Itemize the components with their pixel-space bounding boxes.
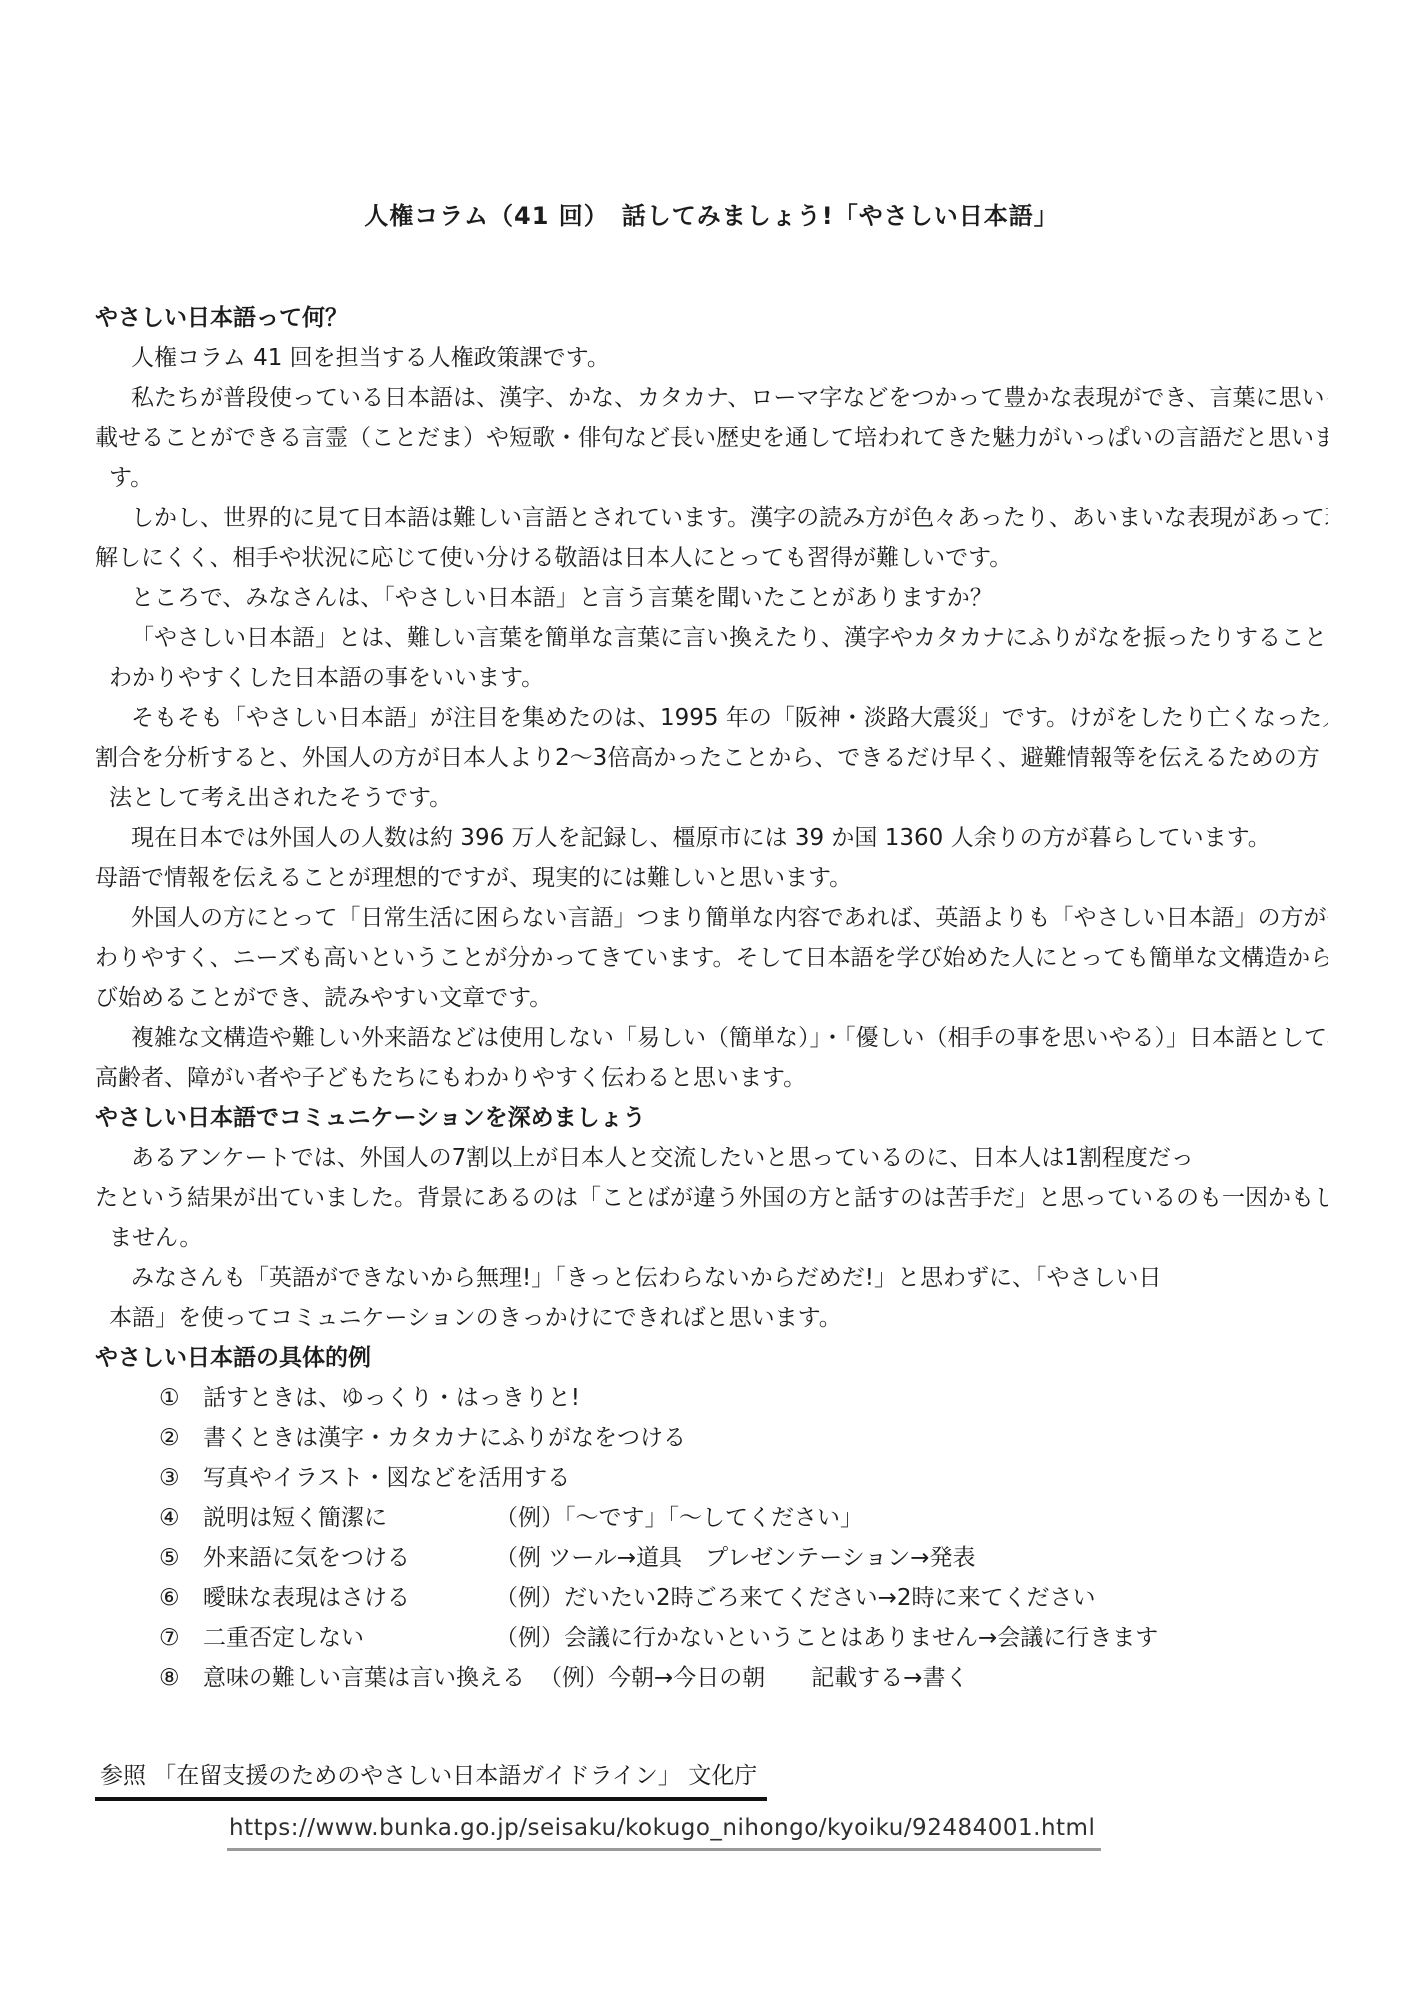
body-line: 載せることができる言霊（ことだま）や短歌・俳句など長い歴史を通して培われてきた魅…: [95, 418, 1328, 458]
body-line: たという結果が出ていました。背景にあるのは「ことばが違う外国の方と話すのは苦手だ…: [95, 1178, 1328, 1218]
list-item-example: （例）会議に行かないということはありません→会議に行きます: [495, 1618, 1328, 1658]
list-item-text: 写真やイラスト・図などを活用する: [203, 1458, 584, 1498]
list-item: ⑥ 曖昧な表現はさける （例）だいたい2時ごろ来てください→2時に来てください: [95, 1578, 1328, 1618]
body-line: 割合を分析すると、外国人の方が日本人より2～3倍高かったことから、できるだけ早く…: [95, 738, 1328, 778]
body-line: ところで、みなさんは、「やさしい日本語」と言う言葉を聞いたことがありますか？: [95, 578, 1328, 618]
list-item-example: （例）だいたい2時ごろ来てください→2時に来てください: [495, 1578, 1328, 1618]
reference-block: 参照 「在留支援のためのやさしい日本語ガイドライン」 文化庁 https://w…: [95, 1756, 1328, 1851]
reference-line: 参照 「在留支援のためのやさしい日本語ガイドライン」 文化庁: [95, 1756, 767, 1801]
list-item-example: [584, 1458, 1328, 1498]
section-heading-communication: やさしい日本語でコミュニケーションを深めましょう: [95, 1098, 1328, 1138]
body-line: 「やさしい日本語」とは、難しい言葉を簡単な言葉に言い換えたり、漢字やカタカナにふ…: [95, 618, 1328, 658]
list-item-number: ①: [159, 1378, 203, 1418]
list-item: ⑧ 意味の難しい言葉は言い換える （例）今朝→今日の朝 記載する→書く: [95, 1658, 1328, 1698]
list-item-number: ⑤: [159, 1538, 203, 1578]
body-line: 母語で情報を伝えることが理想的ですが、現実的には難しいと思います。: [95, 858, 1328, 898]
reference-url-line: https://www.bunka.go.jp/seisaku/kokugo_n…: [95, 1809, 1328, 1851]
body-line: みなさんも「英語ができないから無理!」「きっと伝わらないからだめだ!」と思わずに…: [95, 1258, 1328, 1298]
body-line: わかりやすくした日本語の事をいいます。: [95, 658, 1328, 698]
body-line: 法として考え出されたそうです。: [95, 778, 1328, 818]
list-item-number: ②: [159, 1418, 203, 1458]
list-item-number: ⑦: [159, 1618, 203, 1658]
list-item-number: ⑥: [159, 1578, 203, 1618]
body-line: 本語」を使ってコミュニケーションのきっかけにできればと思います。: [95, 1298, 1328, 1338]
body-line: 解しにくく、相手や状況に応じて使い分ける敬語は日本人にとっても習得が難しいです。: [95, 538, 1328, 578]
section-heading-what: やさしい日本語って何？: [95, 298, 1328, 338]
body-line: そもそも「やさしい日本語」が注目を集めたのは、1995 年の「阪神・淡路大震災」…: [95, 698, 1328, 738]
list-item-number: ⑧: [159, 1658, 203, 1698]
document-page: 人権コラム（41 回） 話してみましょう!「やさしい日本語」 やさしい日本語って…: [0, 0, 1414, 2000]
list-item: ① 話すときは、ゆっくり・はっきりと!: [95, 1378, 1328, 1418]
list-item: ⑦ 二重否定しない （例）会議に行かないということはありません→会議に行きます: [95, 1618, 1328, 1658]
body-line: 高齢者、障がい者や子どもたちにもわかりやすく伝わると思います。: [95, 1058, 1328, 1098]
list-item-number: ④: [159, 1498, 203, 1538]
list-item-example: （例）今朝→今日の朝 記載する→書く: [539, 1658, 1328, 1698]
list-item-example: （例）「～です」「～してください」: [495, 1498, 1328, 1538]
list-item-text: 外来語に気をつける: [203, 1538, 495, 1578]
list-item: ④ 説明は短く簡潔に （例）「～です」「～してください」: [95, 1498, 1328, 1538]
list-item-text: 意味の難しい言葉は言い換える: [203, 1658, 539, 1698]
body-line: ません。: [95, 1218, 1328, 1258]
body-line: 私たちが普段使っている日本語は、漢字、かな、カタカナ、ローマ字などをつかって豊か…: [95, 378, 1328, 418]
list-item-example: （例 ツール→道具 プレゼンテーション→発表: [495, 1538, 1328, 1578]
body-line: 外国人の方にとって「日常生活に困らない言語」つまり簡単な内容であれば、英語よりも…: [95, 898, 1328, 938]
list-item: ③ 写真やイラスト・図などを活用する: [95, 1458, 1328, 1498]
body-line: しかし、世界的に見て日本語は難しい言語とされています。漢字の読み方が色々あったり…: [95, 498, 1328, 538]
section-heading-examples: やさしい日本語の具体的例: [95, 1338, 1328, 1378]
list-item-text: 書くときは漢字・カタカナにふりがなをつける: [203, 1418, 700, 1458]
body-line: あるアンケートでは、外国人の7割以上が日本人と交流したいと思っているのに、日本人…: [95, 1138, 1328, 1178]
list-item-example: [594, 1378, 1328, 1418]
document-title: 人権コラム（41 回） 話してみましょう!「やさしい日本語」: [95, 196, 1328, 236]
list-item-text: 二重否定しない: [203, 1618, 495, 1658]
list-item: ⑤ 外来語に気をつける （例 ツール→道具 プレゼンテーション→発表: [95, 1538, 1328, 1578]
list-item-text: 説明は短く簡潔に: [203, 1498, 495, 1538]
reference-url-link[interactable]: https://www.bunka.go.jp/seisaku/kokugo_n…: [227, 1809, 1101, 1851]
list-item-example: [700, 1418, 1328, 1458]
list-item-text: 話すときは、ゆっくり・はっきりと!: [203, 1378, 594, 1418]
body-line: 複雑な文構造や難しい外来語などは使用しない「易しい（簡単な）」・「優しい（相手の…: [95, 1018, 1328, 1058]
body-line: び始めることができ、読みやすい文章です。: [95, 978, 1328, 1018]
list-item-text: 曖昧な表現はさける: [203, 1578, 495, 1618]
list-item: ② 書くときは漢字・カタカナにふりがなをつける: [95, 1418, 1328, 1458]
body-line: 人権コラム 41 回を担当する人権政策課です。: [95, 338, 1328, 378]
list-item-number: ③: [159, 1458, 203, 1498]
body-line: 現在日本では外国人の人数は約 396 万人を記録し、橿原市には 39 か国 13…: [95, 818, 1328, 858]
body-line: わりやすく、ニーズも高いということが分かってきています。そして日本語を学び始めた…: [95, 938, 1328, 978]
body-line: す。: [95, 458, 1328, 498]
